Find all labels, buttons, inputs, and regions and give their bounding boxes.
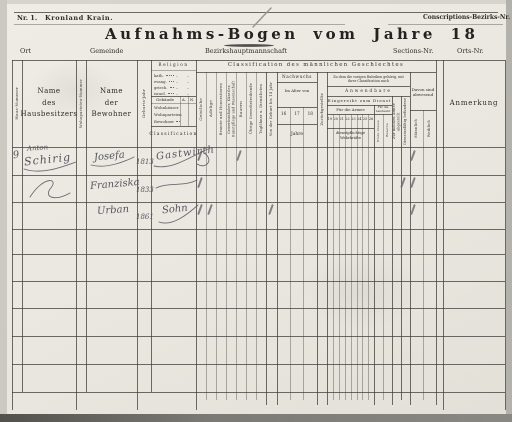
grid-line xyxy=(12,308,505,309)
nachwuchs-age-cells: 16 17 18 xyxy=(277,111,317,116)
occupation-col-adelige: Adelige xyxy=(206,73,216,145)
crownland-label: Kronland Krain. xyxy=(45,14,113,22)
grid-line xyxy=(151,126,196,127)
scan-edge-left xyxy=(0,0,7,422)
scan-edge-right xyxy=(506,0,512,422)
occupation-col-gewerbetreibende: Übrige Gewerbetreibende xyxy=(246,73,256,145)
conscription-district-label: Conscriptions-Bezirks-Nr. xyxy=(423,14,510,21)
grid-line xyxy=(12,364,505,365)
grid-line xyxy=(327,72,328,405)
scanned-census-form: Nr. 1. Kronland Krain. Conscriptions-Bez… xyxy=(0,0,512,422)
col-n-label: N. xyxy=(188,97,196,102)
column-header-anmerkung: Anmerkung xyxy=(443,60,505,147)
entry-owner-first: Anton xyxy=(27,143,49,152)
grid-line xyxy=(277,82,317,83)
occupation-col-gewerbsinhaber: Gewerbsinhaber, Künstler, Kunstpflege un… xyxy=(226,73,236,145)
ort-label: Ort xyxy=(20,47,31,55)
abwesend-title: Davon sind abwesend xyxy=(411,76,435,108)
grid-line xyxy=(12,392,505,393)
column-header-wohnparteien-nummer: Wohnparteien-Nummer xyxy=(76,61,86,146)
grid-line xyxy=(368,114,369,400)
gebaeude-row: Wohnhäuser xyxy=(154,104,194,111)
grid-line xyxy=(362,114,363,400)
occupation-col-bauern: Bauern xyxy=(236,73,246,145)
grid-line xyxy=(423,110,424,400)
classification-main-header: Classification des männlichen Geschlecht… xyxy=(196,62,436,68)
age-cell: 16 xyxy=(277,111,290,116)
grid-line xyxy=(277,124,317,125)
sheet-number: Nr. 1. xyxy=(17,14,37,22)
gebaeude-row: Wohnparteien xyxy=(154,111,194,118)
rubriken-note: Zu dem die vorigen Rubriken gehörig, mit… xyxy=(329,73,408,86)
grid-line xyxy=(12,254,505,255)
age-cell: 17 xyxy=(290,111,303,116)
grid-line xyxy=(351,114,352,400)
occupation-col-taglöhner: Taglöhner u. Dienstboten xyxy=(256,73,266,145)
grid-line xyxy=(505,60,506,410)
religion-row: israel. xyxy=(154,90,193,96)
fuer-die-landwehr-label: Für die Landwehr xyxy=(375,106,392,114)
im-alter-von-label: Im Alter von xyxy=(279,88,315,93)
age-cell: 18 xyxy=(304,111,317,116)
grid-line xyxy=(374,105,375,405)
gemeinde-label: Gemeinde xyxy=(90,47,123,55)
grid-line xyxy=(327,128,374,129)
grid-line xyxy=(383,114,384,400)
gebaeude-rows: Wohnhäuser Wohnparteien Bewohner xyxy=(154,104,194,125)
grid-line xyxy=(12,229,505,230)
col-weiblich: Weiblich xyxy=(423,111,436,146)
grid-line xyxy=(12,281,505,282)
anwendbare-label: Anwendbare xyxy=(327,88,410,93)
grid-line xyxy=(339,114,340,400)
wehrkraefte-label: dienstpflichtige Wehrkräfte xyxy=(329,131,372,140)
grid-line xyxy=(277,72,278,405)
religion-box-rows: kath. evang. griech. israel. xyxy=(154,72,193,96)
col-bis-14-jahre: Von der Geburt bis 14 Jahr xyxy=(266,73,277,145)
grid-line xyxy=(12,336,505,337)
col-dienstunfaehig: Dienstunfähig befundene xyxy=(401,97,410,146)
grid-line xyxy=(12,147,505,148)
grid-line xyxy=(12,202,505,203)
armee-age-cells: 19 20 21 22 23 24 25 26 xyxy=(327,117,374,121)
grid-line xyxy=(277,107,317,108)
fuer-die-armee-label: Für die Armee xyxy=(327,107,374,112)
religion-box-title: Religion xyxy=(151,62,196,67)
sections-nr-label: Sections-Nr. xyxy=(393,47,433,55)
grid-line xyxy=(151,60,152,392)
form-title: Aufnahms-Bogen vom Jahre 18 xyxy=(105,25,405,43)
grid-line xyxy=(436,60,437,405)
entry-geburtsjahr: 1861 xyxy=(136,213,154,221)
landwehr-col-erste-classe: Erste Classe xyxy=(374,115,383,146)
grid-line xyxy=(151,70,196,71)
col-zurueckgestellte: Zurückgestellte xyxy=(317,73,327,145)
grid-line xyxy=(333,114,334,400)
entry-geburtsjahr: 1813 xyxy=(136,158,154,166)
eingereiht-label: Eingereiht zum Dienst xyxy=(327,98,392,103)
bezirkshauptmannschaft-label: Bezirkshauptmannschaft xyxy=(205,47,287,55)
gebaeude-label: Gebäude xyxy=(156,97,174,102)
landwehr-col-reserve: Reserve xyxy=(383,115,392,146)
grid-line xyxy=(12,175,505,176)
entry-haus-nr: 9 xyxy=(12,150,20,162)
scan-edge-bottom xyxy=(0,414,512,422)
grid-line xyxy=(357,114,358,400)
gebaeude-row: Bewohner xyxy=(154,118,194,125)
column-header-hausbesitzer: Name des Hausbesitzers xyxy=(22,61,76,146)
jahre-label: Jahre xyxy=(277,132,317,137)
grid-line xyxy=(14,12,498,13)
grid-line xyxy=(345,114,346,400)
entry-geburtsjahr: 1833 xyxy=(136,186,154,194)
grid-line xyxy=(327,86,410,87)
entry-bewohner: Urban xyxy=(97,204,130,217)
scan-edge-top xyxy=(0,0,512,4)
classification-cell-label: Classification xyxy=(151,132,196,137)
col-a-label: A. xyxy=(180,97,188,102)
nachwuchs-title: Nachwuchs xyxy=(277,74,317,79)
occupation-col-beamte: Beamte und Honoratioren xyxy=(216,73,226,145)
col-mobile-armee: Zur mobilen Armee abgestellt xyxy=(392,97,401,146)
column-header-bewohner: Name der Bewohner xyxy=(86,61,137,146)
orts-nr-label: Orts-Nr. xyxy=(457,47,484,55)
col-maennlich: Männlich xyxy=(410,111,423,146)
occupation-col-geistliche: Geistliche xyxy=(196,73,206,145)
